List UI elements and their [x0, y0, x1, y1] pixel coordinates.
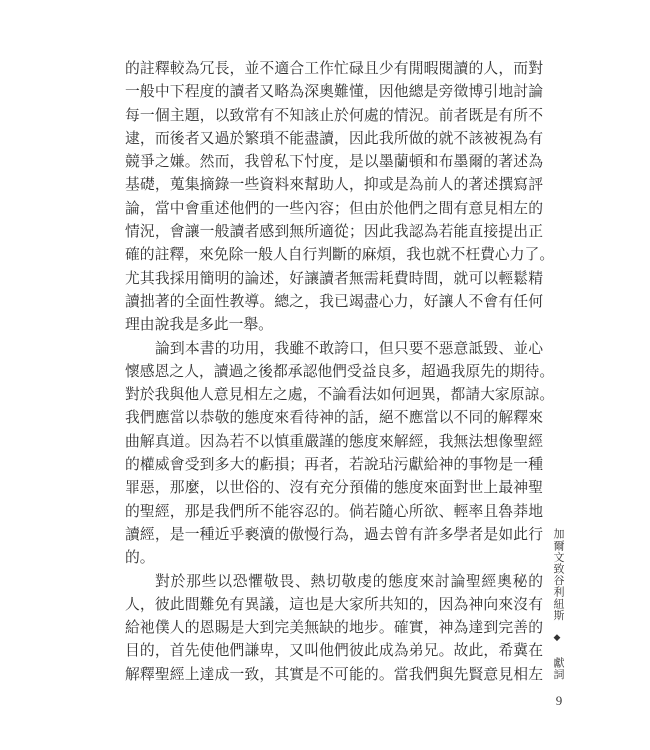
- body-line: 情況，會讓一般讀者感到無所適從；因此我認為若能直接提出正: [125, 221, 543, 244]
- body-line: 基礎，蒐集摘錄一些資料來幫助人，抑或是為前人的著述撰寫評: [125, 174, 543, 197]
- body-line: 懷感恩之人，讀過之後都承認他們受益良多，超過我原先的期待。: [125, 361, 543, 384]
- running-head: 加爾文致谷利紐斯 ◆ 獻詞: [551, 528, 565, 680]
- running-head-section: 獻詞: [552, 657, 564, 680]
- body-line: 人，彼此間難免有異議，這也是大家所共知的，因為神向來沒有: [125, 594, 543, 617]
- body-line: 讀經，是一種近乎褻瀆的傲慢行為，過去曾有許多學者是如此行: [125, 524, 543, 547]
- body-line: 理由說我是多此一舉。: [125, 314, 543, 337]
- body-line: 每一個主題，以致常有不知該止於何處的情況。前者既是有所不: [125, 105, 543, 128]
- body-line: 論，當中會重述他們的一些內容；但由於他們之間有意見相左的: [125, 198, 543, 221]
- body-line: 競爭之嫌。然而，我曾私下忖度，是以墨蘭頓和布墨爾的著述為: [125, 151, 543, 174]
- body-line: 的註釋較為冗長，並不適合工作忙碌且少有閒暇閱讀的人，而對: [125, 58, 543, 81]
- body-line: 逮，而後者又過於繁瑣不能盡讀，因此我所做的就不該被視為有: [125, 128, 543, 151]
- body-line: 的權威會受到多大的虧損；再者，若說玷污獻給神的事物是一種: [125, 454, 543, 477]
- body-line: 罪惡，那麼，以世俗的、沒有充分預備的態度來面對世上最神聖: [125, 477, 543, 500]
- body-line: 確的註釋，來免除一般人自行判斷的麻煩，我也就不枉費心力了。: [125, 244, 543, 267]
- book-page: 的註釋較為冗長，並不適合工作忙碌且少有閒暇閱讀的人，而對一般中下程度的讀者又略為…: [0, 0, 650, 750]
- body-line: 的聖經，那是我們所不能容忍的。倘若隨心所欲、輕率且魯莽地: [125, 501, 543, 524]
- body-line: 解釋聖經上達成一致，其實是不可能的。當我們與先賢意見相左: [125, 664, 543, 687]
- body-line: 目的，首先使他們謙卑，又叫他們彼此成為弟兄。故此，希冀在: [125, 640, 543, 663]
- body-line: 對於那些以恐懼敬畏、熱切敬虔的態度來討論聖經奧秘的: [125, 571, 543, 594]
- body-line: 一般中下程度的讀者又略為深奧難懂，因他總是旁徵博引地討論: [125, 81, 543, 104]
- body-line: 給祂僕人的恩賜是大到完美無缺的地步。確實，神為達到完善的: [125, 617, 543, 640]
- body-line: 論到本書的功用，我雖不敢誇口，但只要不惡意詆毀、並心: [125, 338, 543, 361]
- body-line: 我們應當以恭敬的態度來看待神的話，絕不應當以不同的解釋來: [125, 407, 543, 430]
- body-line: 對於我與他人意見相左之處，不論看法如何迥異，都請大家原諒。: [125, 384, 543, 407]
- body-line: 的。: [125, 547, 543, 570]
- page-number: 9: [551, 693, 567, 709]
- body-line: 尤其我採用簡明的論述，好讓讀者無需耗費時間，就可以輕鬆精: [125, 268, 543, 291]
- body-line: 曲解真道。因為若不以慎重嚴謹的態度來解經，我無法想像聖經: [125, 431, 543, 454]
- diamond-separator-icon: ◆: [553, 633, 563, 644]
- body-line: 讀拙著的全面性教導。總之，我已竭盡心力，好讓人不會有任何: [125, 291, 543, 314]
- running-head-title: 加爾文致谷利紐斯: [552, 528, 564, 621]
- body-text: 的註釋較為冗長，並不適合工作忙碌且少有閒暇閱讀的人，而對一般中下程度的讀者又略為…: [125, 58, 543, 687]
